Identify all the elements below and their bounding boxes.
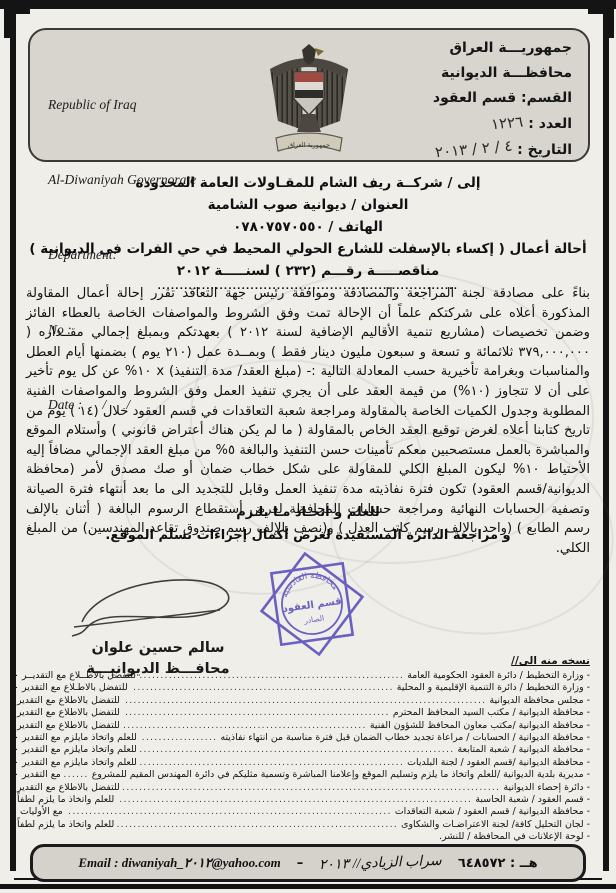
frame-edge-bottom-outer bbox=[0, 884, 616, 889]
footer-phone: هــ : ٦٤٨٥٧٢ bbox=[458, 856, 538, 871]
footer-contact-bar: هــ : ٦٤٨٥٧٢ سراب الزيادي// ٢٠١٣ – Email… bbox=[30, 844, 586, 882]
footer-email: Email : diwaniyah_٢٠١٢@yahoo.com bbox=[78, 855, 280, 871]
letterhead-arabic: جمهوريـــة العراق محافظـــة الديوانية ال… bbox=[433, 36, 572, 163]
stamp-bottom-text: الصادر bbox=[303, 613, 325, 625]
cc-heading: نسخه منه الى// bbox=[14, 654, 590, 668]
dot-leader: ........................................… bbox=[139, 670, 404, 682]
cc-bullet: - bbox=[587, 670, 590, 682]
cc-destination: محافظة الديوانية /مكتب معاون المحافظ للش… bbox=[370, 720, 584, 732]
iraq-coat-of-arms-icon: جمهورية العراق bbox=[263, 42, 355, 158]
cc-note: للعلم واتخاذ ما يلزم لطفاً. bbox=[14, 819, 114, 831]
cc-item-11: - قسم العقود / شعبة الحاسبة ............… bbox=[14, 794, 590, 806]
footer-separator: – bbox=[297, 856, 304, 871]
letterhead-box: Republic of Iraq Al-Diwaniyah Governorat… bbox=[28, 28, 590, 162]
cc-item-14: - لوحة الإعلانات في المحافظة / للنشر. bbox=[14, 831, 590, 843]
cc-note: مع التقدير ٠ bbox=[14, 769, 61, 781]
dot-leader: ........................................… bbox=[140, 744, 455, 756]
cc-bullet: - bbox=[587, 757, 590, 769]
cc-note: للتفضل بالاطلاع مع التقدير. bbox=[14, 707, 120, 719]
cc-destination: محافظة الديوانية /قسم العقود / لجنة البل… bbox=[407, 757, 583, 769]
cc-destination: محافظة الديوانية / مكتب السيد المحافظ ال… bbox=[393, 707, 584, 719]
tender-line: مناقصـــــة رقـــم (٢٣٢ ) لسنـــــة ٢٠١٢ bbox=[0, 260, 616, 282]
cc-item-13: - لجان التحليل كافة/ لجنة الاعتراضـات وا… bbox=[14, 819, 590, 831]
cc-item-7: - محافظة الديوانية / شعبة المتابعة .....… bbox=[14, 744, 590, 756]
closing-line-1: للعلم و أتخـاذ مـا يلـزم bbox=[0, 501, 616, 524]
dot-leader: ........................................… bbox=[123, 782, 501, 794]
ref-number-line: العدد : ١٢٢٦ bbox=[433, 111, 572, 137]
cc-item-1: - وزارة التخطيط / دائرة العقود الحكومية … bbox=[14, 670, 590, 682]
cc-note: للتفضل بالاطلاع مع التقدير. bbox=[14, 720, 120, 732]
cc-note: للتفضل بالاطـلاع مع التقدير ٠ bbox=[14, 682, 128, 694]
cc-destination: محافظة الديوانية / قسم العقود / شعبة الت… bbox=[395, 806, 584, 818]
cc-distribution-list: نسخه منه الى// - وزارة التخطيط / دائرة ا… bbox=[14, 654, 590, 844]
recipient-phone-line: الهاتف / ٠٧٨٠٧٥٧٠٥٥٠ bbox=[0, 216, 616, 238]
closing-block: للعلم و أتخـاذ مـا يلـزم و مراجعة الدائر… bbox=[0, 501, 616, 547]
date-label-ar: التاريخ : bbox=[517, 142, 572, 158]
stamp-center-text: قسم العقود bbox=[282, 596, 342, 615]
cc-item-6: - محافظة الديوانية / الحسابات / مراعاة ت… bbox=[14, 732, 590, 744]
cc-item-8: - محافظة الديوانية /قسم العقود / لجنة ال… bbox=[14, 757, 590, 769]
cc-destination: دائرة إحصاء الديوانية bbox=[503, 782, 583, 794]
cc-note: للتفضل بالاطلاع مع التقدير. bbox=[14, 695, 120, 707]
cc-destination: محافظة الديوانية / الحسابات / مراعاة تجد… bbox=[220, 732, 583, 744]
cc-item-3: - مجلس محافظة الديوانية ................… bbox=[14, 695, 590, 707]
dot-leader: ........................................… bbox=[123, 707, 390, 719]
cc-note: للعلم واتخاذ مايلزم مع التقدير ٠ bbox=[14, 757, 137, 769]
footer-handwritten-name: سراب الزيادي// ٢٠١٣ bbox=[319, 852, 442, 873]
governorate-name-ar: محافظـــة الديوانية bbox=[433, 61, 572, 86]
cc-item-5: - محافظة الديوانية /مكتب معاون المحافظ ل… bbox=[14, 720, 590, 732]
cc-destination: محافظة الديوانية / شعبة المتابعة bbox=[458, 744, 584, 756]
cc-bullet: - bbox=[587, 819, 590, 831]
cc-bullet: - bbox=[587, 769, 590, 781]
cc-bullet: - bbox=[587, 682, 590, 694]
ref-number-label: العدد : bbox=[528, 116, 572, 132]
cc-item-2: - وزارة التخطيط / دائرة التنمية الإقليمي… bbox=[14, 682, 590, 694]
scan-edge-top bbox=[0, 0, 616, 9]
dot-leader: ........................................… bbox=[117, 794, 472, 806]
dot-leader: ........................................… bbox=[117, 819, 398, 831]
cc-bullet: - bbox=[587, 744, 590, 756]
dot-leader: ........................................… bbox=[131, 682, 394, 694]
cc-bullet: - bbox=[587, 806, 590, 818]
cc-destination: مجلس محافظة الديوانية bbox=[489, 695, 583, 707]
cc-bullet: - bbox=[587, 707, 590, 719]
date-line: التاريخ : ٤ / ٢ / ٢٠١٣ bbox=[433, 137, 572, 163]
cc-destination: وزارة التخطيط / دائرة العقود الحكومية ال… bbox=[407, 670, 583, 682]
cc-note: للعلم واتخاذ ما يلزم لطفاً. bbox=[14, 794, 114, 806]
dot-leader: ........................................… bbox=[123, 695, 487, 707]
date-handwritten: ٤ / ٢ / ٢٠١٣ bbox=[434, 134, 513, 166]
frame-corner-top-left bbox=[4, 9, 30, 38]
cc-destination: وزارة التخطيط / دائرة التنمية الإقليمية … bbox=[397, 682, 584, 694]
cc-note: للعلم واتخاذ مايلزم مع التقدير ٠ bbox=[14, 744, 137, 756]
frame-corner-top-right bbox=[588, 9, 614, 38]
cc-note: مع الأوليات . bbox=[14, 806, 63, 818]
dot-leader: ........................................… bbox=[140, 732, 218, 744]
cc-bullet: - bbox=[587, 831, 590, 843]
cc-item-10: - دائرة إحصاء الديوانية ................… bbox=[14, 782, 590, 794]
dot-leader: ........................................… bbox=[140, 757, 404, 769]
dot-leader: ........................................… bbox=[66, 806, 392, 818]
dot-leader: ........................................… bbox=[123, 720, 367, 732]
frame-edge-right bbox=[603, 9, 609, 871]
recipient-block: إلى / شركــة ريف الشام للمقـاولات العامة… bbox=[0, 172, 616, 292]
cc-note: للعلم واتخاذ مايلزم مع التقدير ٠ bbox=[14, 732, 137, 744]
cc-bullet: - bbox=[587, 720, 590, 732]
cc-destination: لوحة الإعلانات في المحافظة / للنشر. bbox=[439, 831, 584, 843]
cc-bullet: - bbox=[587, 732, 590, 744]
scanned-letter-page: Republic of Iraq Al-Diwaniyah Governorat… bbox=[0, 0, 616, 893]
cc-bullet: - bbox=[587, 695, 590, 707]
cc-destination: لجان التحليل كافة/ لجنة الاعتراضـات والش… bbox=[401, 819, 583, 831]
cc-item-12: - محافظة الديوانية / قسم العقود / شعبة ا… bbox=[14, 806, 590, 818]
cc-note: للتفضل بالاطلاع مع التقدير. bbox=[14, 782, 120, 794]
country-name-ar: جمهوريـــة العراق bbox=[433, 36, 572, 61]
emblem-scroll-text: جمهورية العراق bbox=[288, 141, 330, 149]
country-name-en: Republic of Iraq bbox=[48, 92, 196, 117]
cc-bullet: - bbox=[587, 794, 590, 806]
dot-leader: ........................................… bbox=[64, 769, 89, 781]
recipient-address-line: العنوان / ديوانية صوب الشامية bbox=[0, 194, 616, 216]
recipient-company-line: إلى / شركــة ريف الشام للمقـاولات العامة… bbox=[0, 172, 616, 194]
cc-item-4: - محافظة الديوانية / مكتب السيد المحافظ … bbox=[14, 707, 590, 719]
handwritten-signature bbox=[68, 572, 248, 638]
cc-item-9: - مديرية بلدية الديوانية /للعلم واتخاذ م… bbox=[14, 769, 590, 781]
subject-line: أحالة أعمال ( إكساء بالإسفلت للشارع الحو… bbox=[0, 238, 616, 260]
department-line-ar: القسم: قسم العقود bbox=[433, 86, 572, 111]
cc-bullet: - bbox=[587, 782, 590, 794]
cc-note: للتفضل بالاطــلاع مع التقديــر ٠ bbox=[14, 670, 136, 682]
cc-destination: مديرية بلدية الديوانية /للعلم واتخاذ ما … bbox=[92, 769, 584, 781]
cc-destination: قسم العقود / شعبة الحاسبة bbox=[475, 794, 583, 806]
